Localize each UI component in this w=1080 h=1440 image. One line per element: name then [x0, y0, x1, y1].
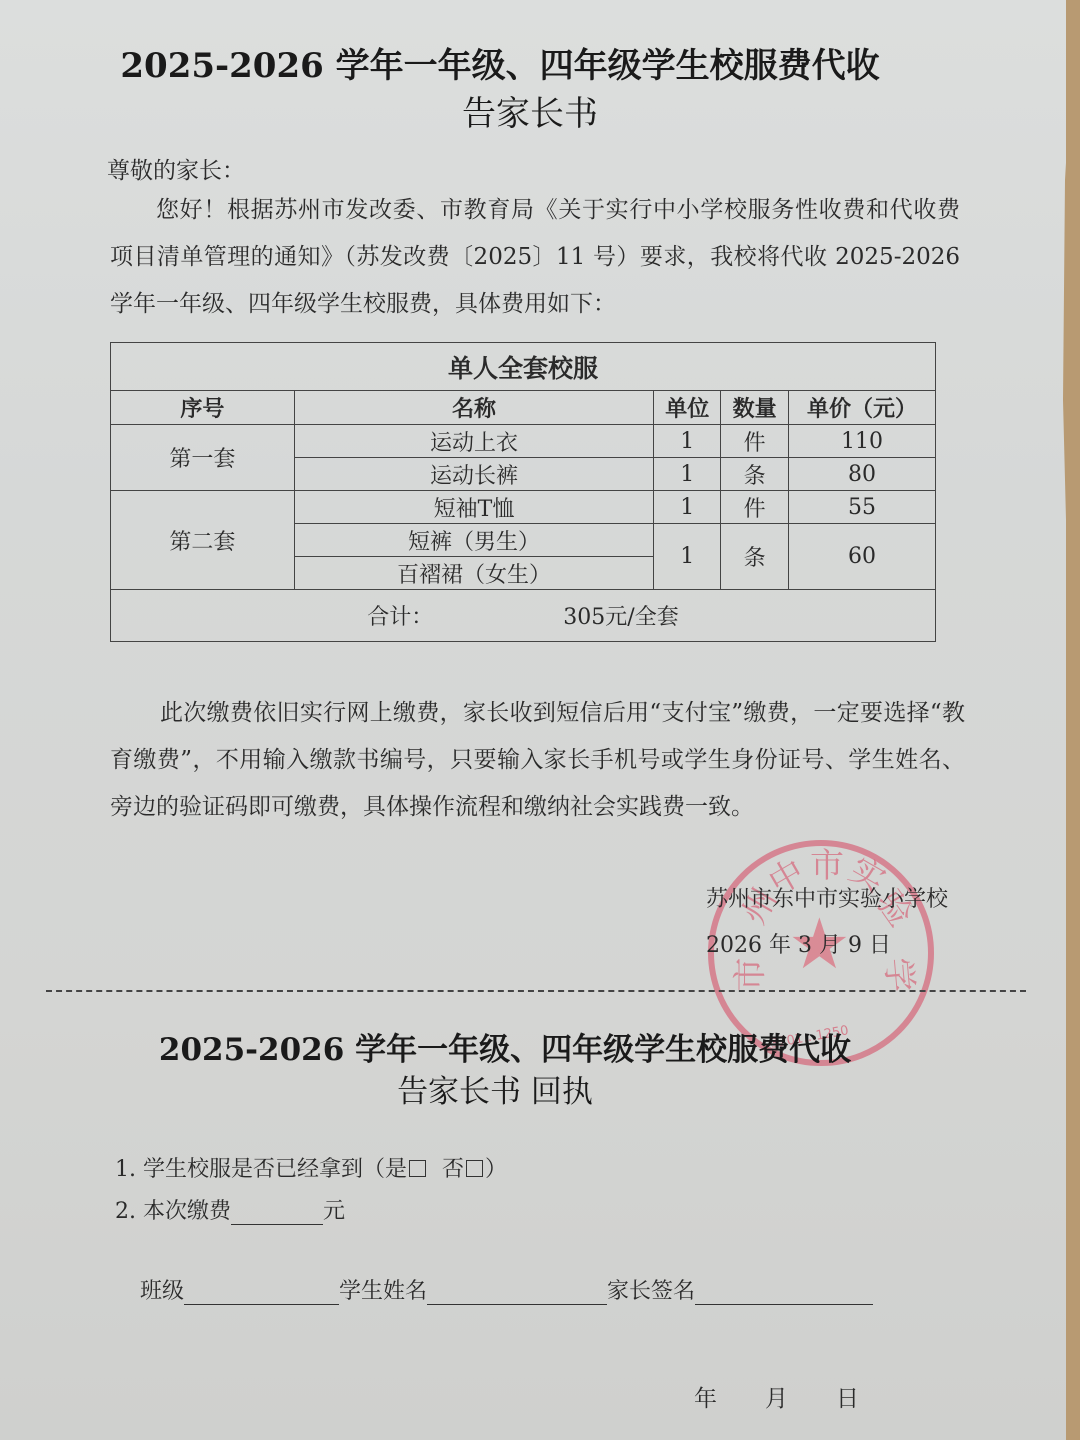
item-price: 110 [789, 425, 936, 458]
set-label: 第一套 [111, 425, 295, 491]
header-qty: 数量 [721, 391, 789, 425]
parent-signature-label: 家长签名 [607, 1279, 695, 1304]
table-caption: 单人全套校服 [111, 343, 936, 391]
item-price: 60 [789, 524, 936, 590]
set-label: 第二套 [111, 491, 295, 590]
seal-char: 学 [876, 955, 928, 993]
header-index: 序号 [111, 391, 295, 425]
header-unit: 单位 [654, 391, 721, 425]
receipt-subtitle: 告家长书 回执 [0, 1066, 1000, 1111]
year-label: 年 [694, 1386, 717, 1412]
table-row: 第一套 运动上衣 1 件 110 [111, 425, 936, 458]
table-header-row: 序号 名称 单位 数量 单价（元） [111, 391, 936, 425]
table-total-row: 合计：305元/全套 [111, 590, 936, 642]
item-qty: 件 [721, 491, 789, 524]
no-checkbox[interactable] [466, 1160, 483, 1177]
day-label: 日 [836, 1386, 859, 1412]
uniform-fee-table: 单人全套校服 序号 名称 单位 数量 单价（元） 第一套 运动上衣 1 件 11… [110, 342, 936, 642]
paper-document: 2025-2026 学年一年级、四年级学生校服费代收 告家长书 尊敬的家长： 您… [0, 0, 1066, 1440]
item-qty: 条 [721, 524, 789, 590]
seal-char: 市 [810, 838, 844, 887]
total-label: 合计： [367, 605, 433, 630]
parent-signature-field[interactable] [695, 1283, 873, 1305]
payment-paragraph: 此次缴费依旧实行网上缴费，家长收到短信后用“支付宝”缴费，一定要选择“教育缴费”… [110, 690, 965, 831]
notice-subtitle: 告家长书 [30, 86, 1030, 135]
item-unit: 1 [654, 491, 721, 524]
total-value: 305元/全套 [563, 605, 678, 630]
amount-field[interactable] [231, 1203, 323, 1225]
receipt-title: 2025-2026 学年一年级、四年级学生校服费代收 [0, 1024, 1010, 1069]
question-payment-amount: 2. 本次缴费元 [115, 1194, 345, 1225]
item-name: 短袖T恤 [294, 491, 654, 524]
notice-title: 2025-2026 学年一年级、四年级学生校服费代收 [0, 38, 1000, 87]
signature-fields: 班级学生姓名家长签名 [140, 1274, 873, 1305]
intro-paragraph: 您好！根据苏州市发改委、市教育局《关于实行中小学校服务性收费和代收费项目清单管理… [110, 187, 960, 328]
header-price: 单价（元） [789, 391, 936, 425]
item-price: 80 [789, 458, 936, 491]
student-name-field[interactable] [427, 1283, 607, 1305]
item-unit: 1 [654, 458, 721, 491]
receipt-date-line: 年月日 [694, 1380, 907, 1413]
item-unit: 1 [654, 524, 721, 590]
month-label: 月 [765, 1386, 788, 1412]
student-name-label: 学生姓名 [339, 1279, 427, 1304]
school-signature: 苏州市东中市实验小学校 [706, 882, 948, 913]
item-price: 55 [789, 491, 936, 524]
item-qty: 件 [721, 425, 789, 458]
header-name: 名称 [294, 391, 654, 425]
table-row: 第二套 短袖T恤 1 件 55 [111, 491, 936, 524]
class-field[interactable] [184, 1283, 339, 1305]
item-name: 运动上衣 [294, 425, 654, 458]
cut-line-divider [46, 990, 1026, 992]
notice-date: 2026 年 3 月 9 日 [706, 928, 891, 959]
item-name: 百褶裙（女生） [294, 557, 654, 590]
question-uniform-received: 1. 学生校服是否已经拿到（是 否） [115, 1152, 507, 1183]
item-name: 运动长裤 [294, 458, 654, 491]
item-name: 短裤（男生） [294, 524, 654, 557]
item-unit: 1 [654, 425, 721, 458]
item-qty: 条 [721, 458, 789, 491]
class-label: 班级 [140, 1279, 184, 1304]
seal-char: 市 [723, 958, 772, 992]
yes-checkbox[interactable] [409, 1160, 426, 1177]
